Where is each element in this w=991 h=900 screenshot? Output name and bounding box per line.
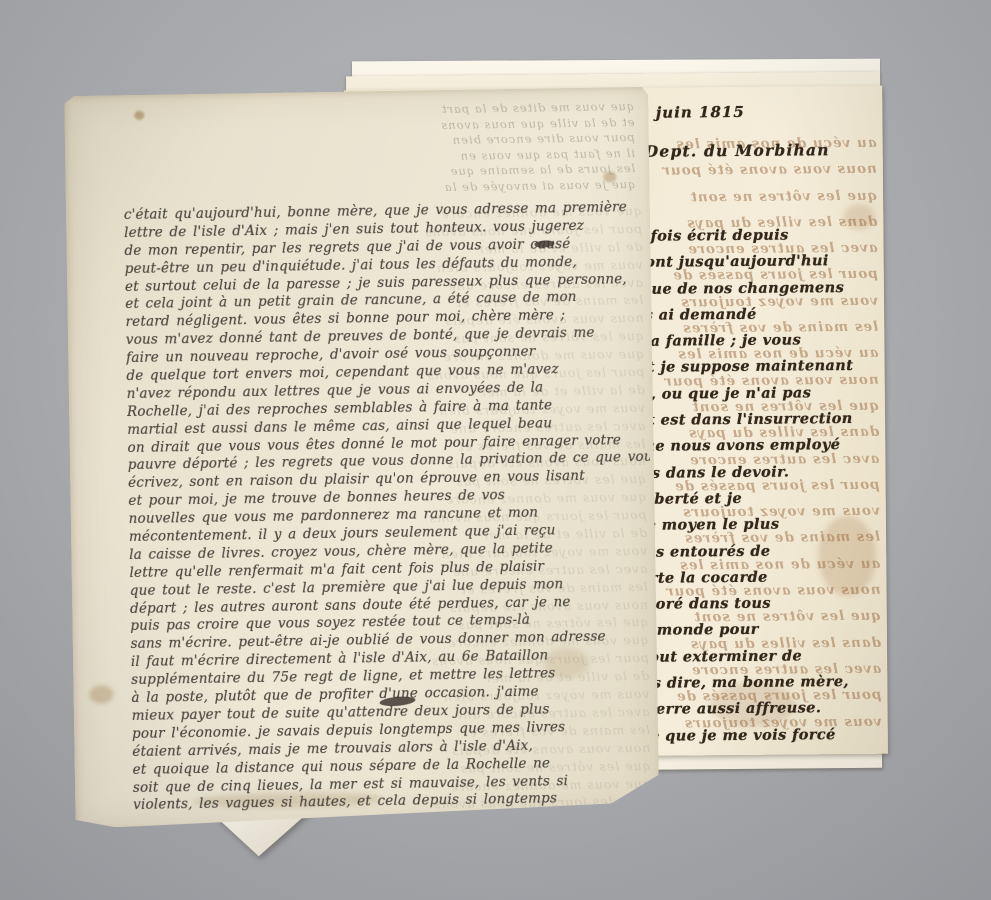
left-verso-bleedthrough-top: que vous me dites de la partet de la vil…	[94, 99, 635, 200]
left-letter-text-block: c'était qu'aujourd'hui, bonne mère, que …	[124, 199, 655, 815]
left-letter-page: que vous me dites de la partet de la vil…	[64, 87, 659, 828]
region-heading: Dept. du Morbihan	[645, 140, 830, 161]
date-line: le juin 1815	[632, 103, 745, 122]
photo-backdrop: au vécu de nos amis lesnous vous avons é…	[0, 0, 991, 900]
